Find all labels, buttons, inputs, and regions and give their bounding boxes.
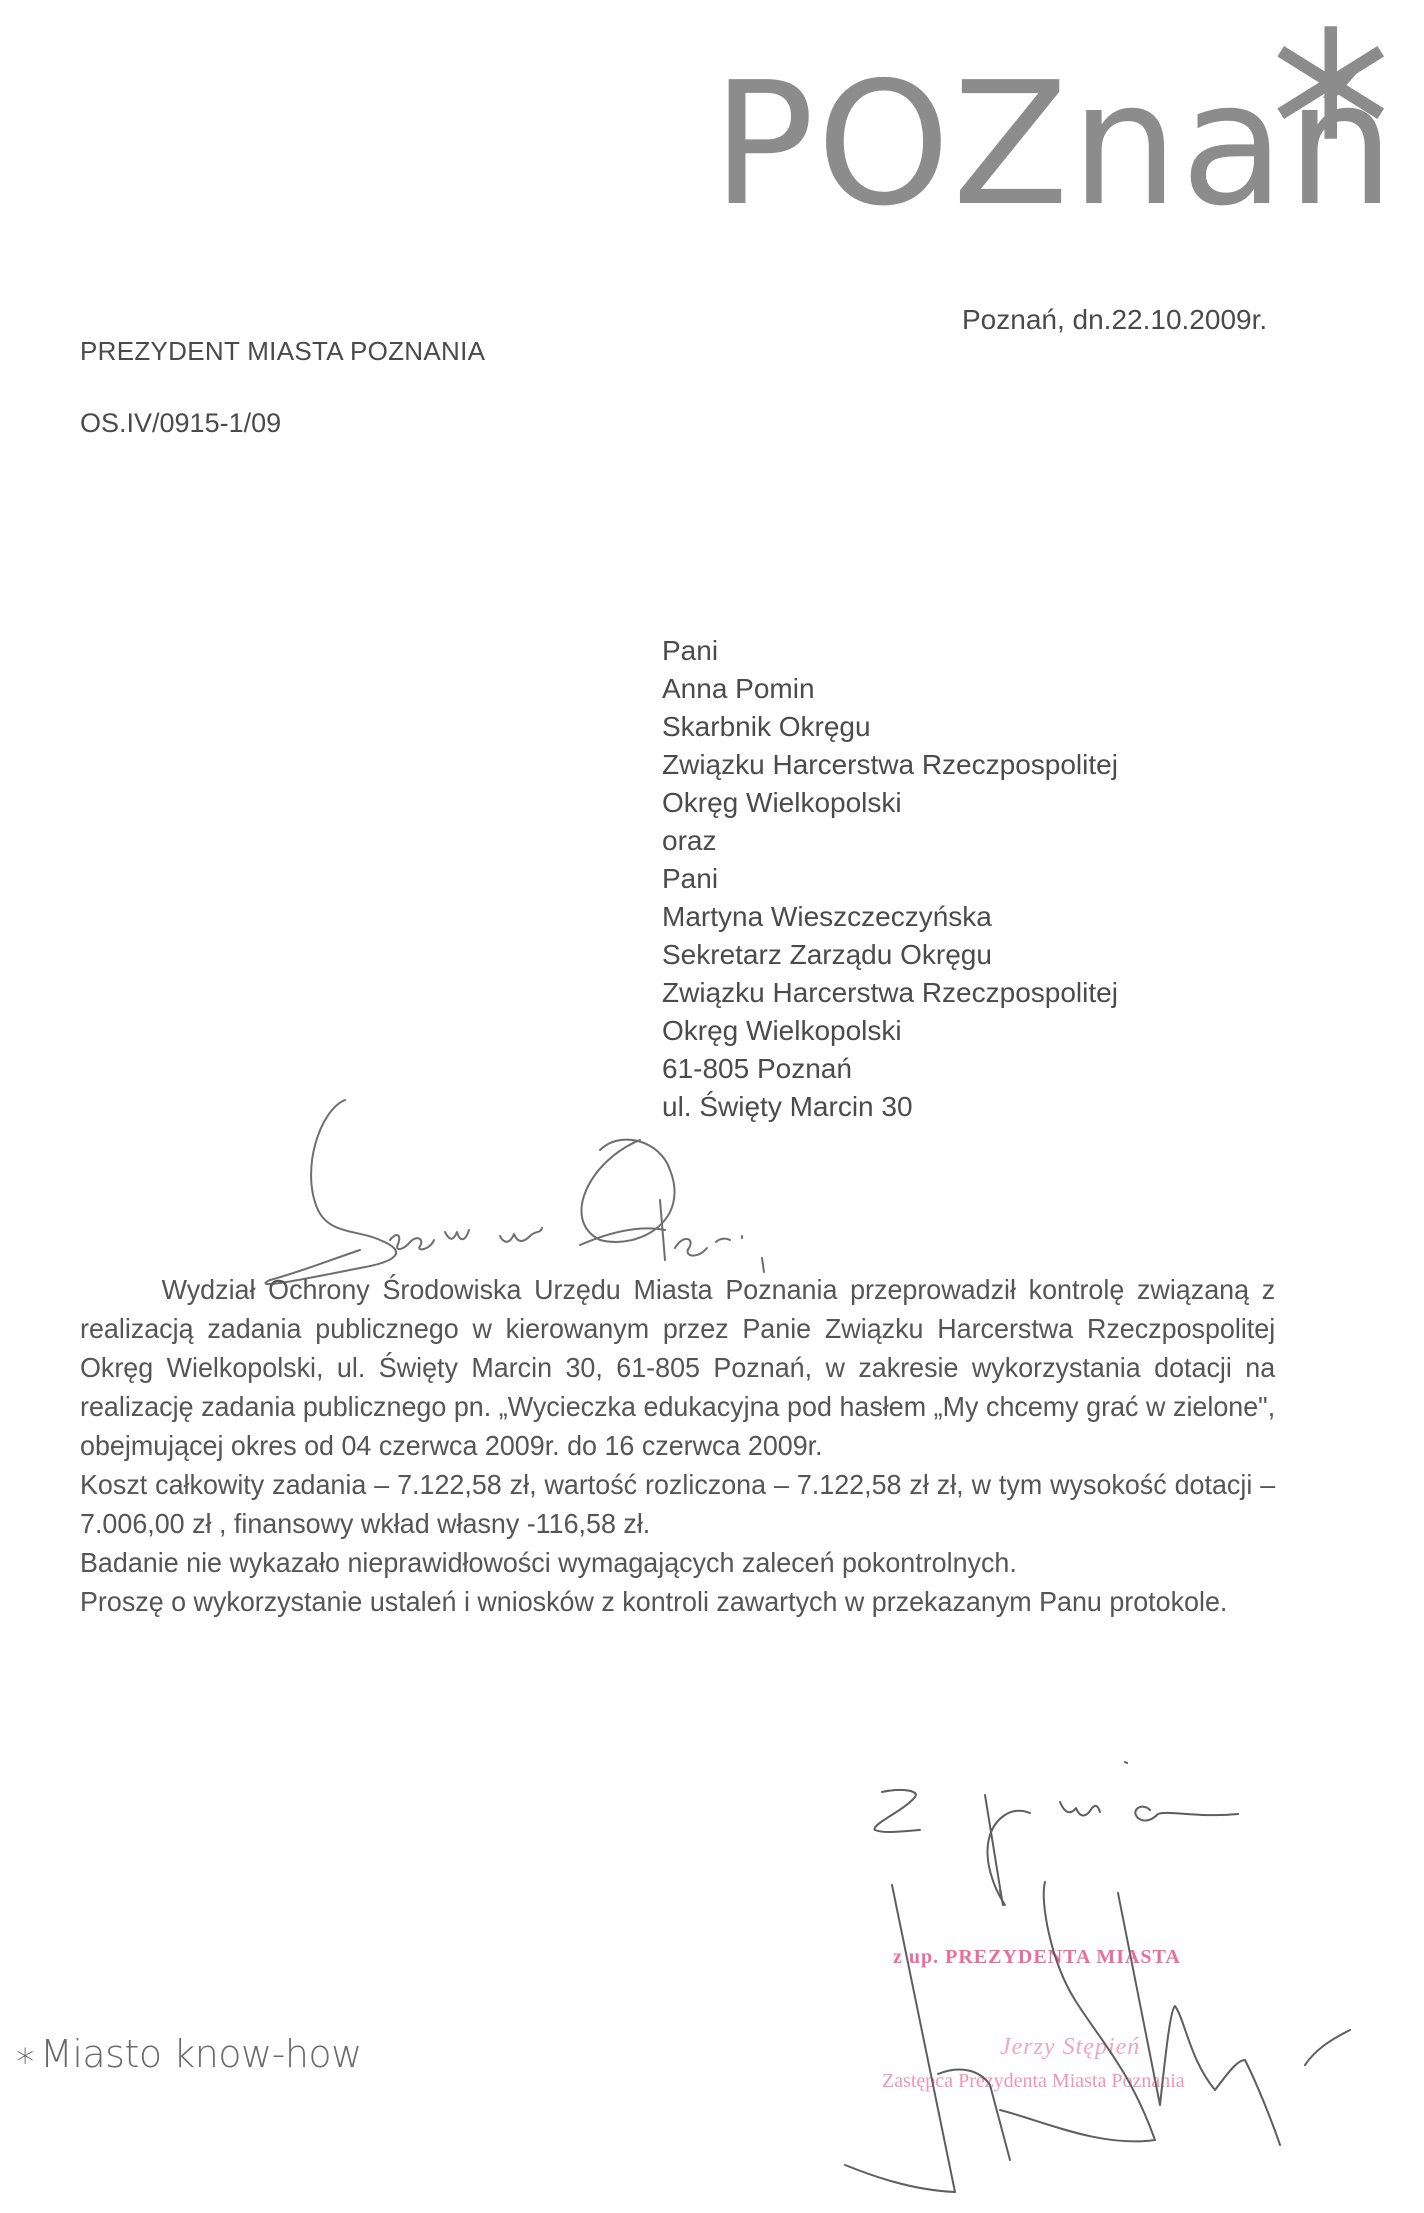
slogan-text: Miasto know-how: [40, 2032, 362, 2076]
sender-title: PREZYDENT MIASTA POZNANIA: [80, 336, 485, 367]
asterisk-icon: [1262, 20, 1387, 145]
addressee-line: 61-805 Poznań: [662, 1050, 1118, 1088]
stamp-authorization: z up. PREZYDENTA MIASTA: [893, 1946, 1181, 1969]
addressee-line: Pani: [662, 860, 1118, 898]
body-paragraph: Proszę o wykorzystanie ustaleń i wnioskó…: [80, 1582, 1275, 1621]
addressee-line: Martyna Wieszczeczyńska: [662, 898, 1118, 936]
addressee-line: Związku Harcerstwa Rzeczpospolitej: [662, 974, 1118, 1012]
addressee-line: oraz: [662, 822, 1118, 860]
stamp-name: Jerzy Stępień: [1000, 2034, 1140, 2061]
body-paragraph: Koszt całkowity zadania – 7.122,58 zł, w…: [80, 1465, 1275, 1543]
letter-body: Wydział Ochrony Środowiska Urzędu Miasta…: [80, 1270, 1275, 1621]
addressee-line: Okręg Wielkopolski: [662, 1012, 1118, 1050]
addressee-block: Pani Anna Pomin Skarbnik Okręgu Związku …: [662, 632, 1118, 1126]
addressee-line: Sekretarz Zarządu Okręgu: [662, 936, 1118, 974]
addressee-line: Pani: [662, 632, 1118, 670]
body-paragraph: Wydział Ochrony Środowiska Urzędu Miasta…: [80, 1270, 1275, 1465]
stamp-position: Zastępca Prezydenta Miasta Poznania: [882, 2070, 1185, 2093]
body-paragraph: Badanie nie wykazało nieprawidłowości wy…: [80, 1543, 1275, 1582]
addressee-line: Skarbnik Okręgu: [662, 708, 1118, 746]
addressee-line: Okręg Wielkopolski: [662, 784, 1118, 822]
footer-slogan: ∗Miasto know-how: [14, 2032, 362, 2076]
addressee-line: ul. Święty Marcin 30: [662, 1088, 1118, 1126]
place-and-date: Poznań, dn.22.10.2009r.: [962, 304, 1267, 336]
asterisk-icon: ∗: [14, 2035, 36, 2076]
reference-number: OS.IV/0915-1/09: [80, 408, 281, 439]
addressee-line: Związku Harcerstwa Rzeczpospolitej: [662, 746, 1118, 784]
addressee-line: Anna Pomin: [662, 670, 1118, 708]
